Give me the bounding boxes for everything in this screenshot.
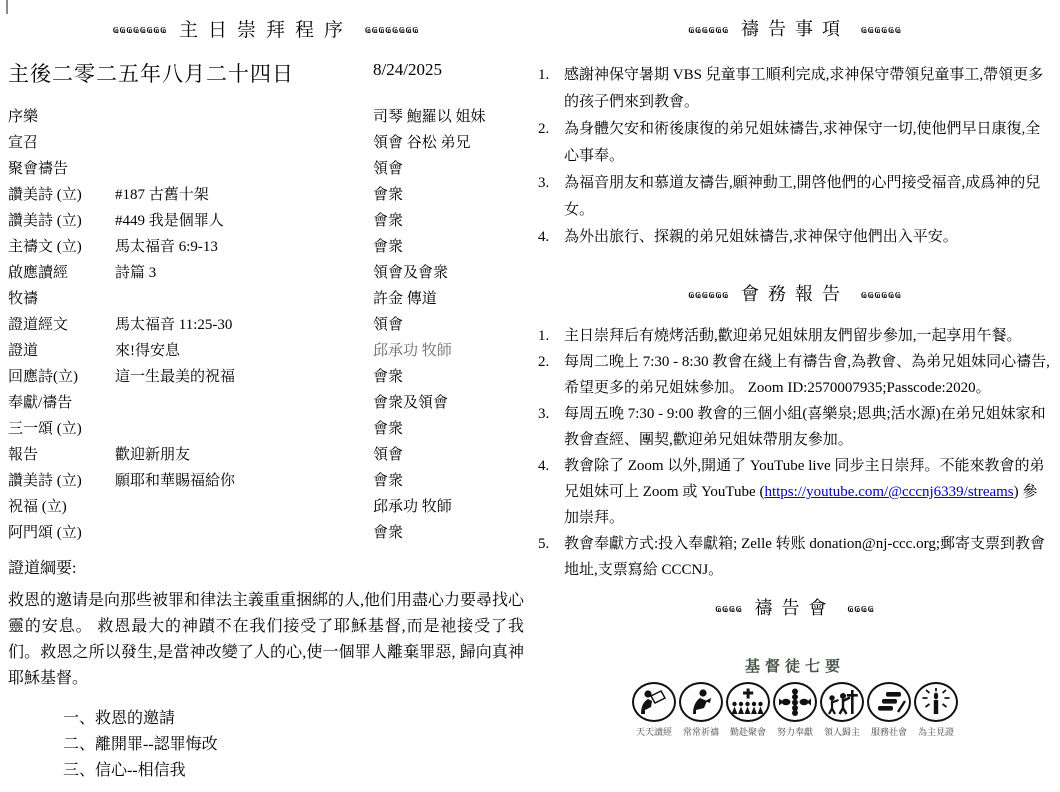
- program-row: 讚美詩 (立)#449 我是個罪人會衆: [8, 208, 524, 234]
- program-row: 祝福 (立)邱承功 牧師: [8, 494, 524, 520]
- program-who: 領會: [373, 312, 524, 338]
- program-detail: 來!得安息: [115, 338, 373, 364]
- seven-essentials-icons: 天天讀經 常常祈禱: [538, 682, 1052, 738]
- swirl-ornament-icon: ҩҩҩҩҩҩ: [861, 287, 902, 300]
- program-who: 會衆: [373, 468, 524, 494]
- sermon-summary: 救恩的邀请是向那些被罪和律法主義重重捆綁的人,他们用盡心力要尋找心靈的安息。 救…: [8, 588, 524, 692]
- worship-order-title: 主日崇拜程序: [179, 15, 353, 42]
- program-item: 主禱文 (立): [8, 234, 115, 260]
- program-item: 讚美詩 (立): [8, 208, 115, 234]
- list-item: 1.感謝神保守暑期 VBS 兒童事工順利完成,求神保守帶領兒童事工,帶領更多的孩…: [538, 62, 1052, 116]
- program-item: 啟應讀經: [8, 260, 115, 286]
- program-detail: [115, 390, 373, 416]
- program-item: 阿門頌 (立): [8, 520, 115, 546]
- program-detail: 詩篇 3: [115, 260, 373, 286]
- program-who: 會衆: [373, 208, 524, 234]
- sermon-outline-points: 一、救恩的邀請二、離開罪--認罪悔改三、信心--相信我: [63, 706, 524, 784]
- program-row: 序樂司琴 鮑羅以 姐妹: [8, 104, 524, 130]
- essential-item: 努力奉獻: [773, 682, 818, 738]
- page-margin-mark: [6, 0, 8, 14]
- soul-winning-icon: [820, 682, 864, 722]
- program-who: 領會及會衆: [373, 260, 524, 286]
- essential-item: 常常祈禱: [679, 682, 724, 738]
- program-who: 領會: [373, 442, 524, 468]
- prayer-items-header: ҩҩҩҩҩҩ 禱告事項 ҩҩҩҩҩҩ: [538, 16, 1052, 40]
- program-item: 奉獻/禱告: [8, 390, 115, 416]
- program-item: 牧禱: [8, 286, 115, 312]
- item-number: 2.: [538, 349, 564, 401]
- swirl-ornament-icon: ҩҩҩҩҩҩ: [688, 287, 729, 300]
- item-text: 主日崇拜后有燒烤活動,歡迎弟兄姐妹朋友們留步參加,一起享用午餐。: [564, 323, 1052, 349]
- program-detail: 歡迎新朋友: [115, 442, 373, 468]
- program-item: 聚會禱告: [8, 156, 115, 182]
- program-who: 會衆: [373, 234, 524, 260]
- worship-order-header: ҩҩҩҩҩҩҩҩ 主日崇拜程序 ҩҩҩҩҩҩҩҩ: [8, 16, 524, 40]
- outline-point: 二、離開罪--認罪悔改: [63, 732, 524, 758]
- essential-label: 天天讀經: [636, 725, 672, 738]
- program-who: 會衆: [373, 182, 524, 208]
- program-who: 領會 谷松 弟兄: [373, 130, 524, 156]
- program-row: 聚會禱告領會: [8, 156, 524, 182]
- program-detail: [115, 130, 373, 156]
- item-text: 感謝神保守暑期 VBS 兒童事工順利完成,求神保守帶領兒童事工,帶領更多的孩子們…: [564, 62, 1052, 116]
- program-who: 司琴 鮑羅以 姐妹: [373, 104, 524, 130]
- item-number: 1.: [538, 323, 564, 349]
- program-item: 回應詩(立): [8, 364, 115, 390]
- list-item: 2.每周二晚上 7:30 - 8:30 教會在綫上有禱告會,為教會、為弟兄姐妹同…: [538, 349, 1052, 401]
- program-item: 讚美詩 (立): [8, 468, 115, 494]
- church-affairs-header: ҩҩҩҩҩҩ 會務報告 ҩҩҩҩҩҩ: [538, 281, 1052, 305]
- program-detail: [115, 416, 373, 442]
- item-number: 4.: [538, 224, 564, 251]
- program-row: 證道來!得安息邱承功 牧師: [8, 338, 524, 364]
- program-item: 報告: [8, 442, 115, 468]
- essential-label: 服務社會: [871, 725, 907, 738]
- program-item: 證道: [8, 338, 115, 364]
- program-row: 讚美詩 (立)願耶和華賜福給你會衆: [8, 468, 524, 494]
- church-affairs-list: 1.主日崇拜后有燒烤活動,歡迎弟兄姐妹朋友們留步參加,一起享用午餐。2.每周二晚…: [538, 323, 1052, 583]
- witness-candle-icon: [914, 682, 958, 722]
- item-number: 3.: [538, 170, 564, 224]
- item-text: 教會奉獻方式:投入奉獻箱; Zelle 转账 donation@nj-ccc.o…: [564, 531, 1052, 583]
- prayer-meeting-title: 禱告會: [755, 594, 836, 620]
- program-row: 證道經文馬太福音 11:25-30領會: [8, 312, 524, 338]
- item-number: 4.: [538, 453, 564, 531]
- essential-label: 勤赴聚會: [730, 725, 766, 738]
- date-row: 主後二零二五年八月二十四日 8/24/2025: [8, 58, 524, 88]
- list-item: 4.教會除了 Zoom 以外,開通了 YouTube live 同步主日崇拜。不…: [538, 453, 1052, 531]
- item-text: 為福音朋友和慕道友禱告,願神動工,開啓他們的心門接受福音,成爲神的兒女。: [564, 170, 1052, 224]
- program-detail: 願耶和華賜福給你: [115, 468, 373, 494]
- serving-society-icon: [867, 682, 911, 722]
- item-text: 為身體欠安和術後康復的弟兄姐妹禱告,求神保守一切,使他們早日康復,全心事奉。: [564, 116, 1052, 170]
- item-text: 每周五晚 7:30 - 9:00 教會的三個小組(喜樂泉;恩典;活水源)在弟兄姐…: [564, 401, 1052, 453]
- item-number: 5.: [538, 531, 564, 583]
- essential-label: 為主見證: [918, 725, 954, 738]
- program-detail: [115, 494, 373, 520]
- outline-point: 三、信心--相信我: [63, 758, 524, 784]
- essential-item: 勤赴聚會: [726, 682, 771, 738]
- church-gathering-icon: [726, 682, 770, 722]
- list-item: 3.為福音朋友和慕道友禱告,願神動工,開啓他們的心門接受福音,成爲神的兒女。: [538, 170, 1052, 224]
- list-item: 3.每周五晚 7:30 - 9:00 教會的三個小組(喜樂泉;恩典;活水源)在弟…: [538, 401, 1052, 453]
- program-who: 會衆及領會: [373, 390, 524, 416]
- essential-label: 領人歸主: [824, 725, 860, 738]
- program-detail: 馬太福音 6:9-13: [115, 234, 373, 260]
- item-number: 3.: [538, 401, 564, 453]
- prayer-items-list: 1.感謝神保守暑期 VBS 兒童事工順利完成,求神保守帶領兒童事工,帶領更多的孩…: [538, 62, 1052, 251]
- essential-label: 常常祈禱: [683, 725, 719, 738]
- program-item: 三一頌 (立): [8, 416, 115, 442]
- worship-order-column: ҩҩҩҩҩҩҩҩ 主日崇拜程序 ҩҩҩҩҩҩҩҩ 主後二零二五年八月二十四日 8…: [8, 16, 524, 784]
- program-row: 讚美詩 (立)#187 古舊十架會衆: [8, 182, 524, 208]
- program-row: 宣召領會 谷松 弟兄: [8, 130, 524, 156]
- seven-essentials-title: 基督徒七要: [538, 655, 1052, 676]
- program-row: 主禱文 (立)馬太福音 6:9-13會衆: [8, 234, 524, 260]
- program-detail: [115, 520, 373, 546]
- prayer-meeting-header: ҩҩҩҩ 禱告會 ҩҩҩҩ: [538, 595, 1052, 619]
- program-item: 讚美詩 (立): [8, 182, 115, 208]
- item-text: 為外出旅行、探親的弟兄姐妹禱告,求神保守他們出入平安。: [564, 224, 1052, 251]
- list-item: 2.為身體欠安和術後康復的弟兄姐妹禱告,求神保守一切,使他們早日康復,全心事奉。: [538, 116, 1052, 170]
- date-chinese: 主後二零二五年八月二十四日: [8, 62, 294, 86]
- essential-item: 為主見證: [914, 682, 959, 738]
- essential-item: 天天讀經: [632, 682, 677, 738]
- program-who: 邱承功 牧師: [373, 494, 524, 520]
- list-item: 4.為外出旅行、探親的弟兄姐妹禱告,求神保守他們出入平安。: [538, 224, 1052, 251]
- program-detail: 這一生最美的祝福: [115, 364, 373, 390]
- item-text: 每周二晚上 7:30 - 8:30 教會在綫上有禱告會,為教會、為弟兄姐妹同心禱…: [564, 349, 1052, 401]
- program-detail: #187 古舊十架: [115, 182, 373, 208]
- program-table: 序樂司琴 鮑羅以 姐妹宣召領會 谷松 弟兄聚會禱告領會讚美詩 (立)#187 古…: [8, 104, 524, 546]
- church-affairs-title: 會務報告: [741, 280, 849, 306]
- swirl-ornament-icon: ҩҩҩҩҩҩ: [861, 22, 902, 35]
- prayer-items-title: 禱告事項: [741, 15, 849, 41]
- list-item: 5.教會奉獻方式:投入奉獻箱; Zelle 转账 donation@nj-ccc…: [538, 531, 1052, 583]
- program-detail: [115, 156, 373, 182]
- swirl-ornament-icon: ҩҩҩҩҩҩ: [688, 22, 729, 35]
- program-detail: 馬太福音 11:25-30: [115, 312, 373, 338]
- date-numeric: 8/24/2025: [373, 60, 442, 80]
- program-row: 三一頌 (立)會衆: [8, 416, 524, 442]
- program-row: 牧禱許金 傳道: [8, 286, 524, 312]
- program-detail: #449 我是個罪人: [115, 208, 373, 234]
- youtube-live-link[interactable]: https://youtube.com/@cccnj6339/streams: [764, 484, 1013, 500]
- outline-point: 一、救恩的邀請: [63, 706, 524, 732]
- bible-reading-icon: [632, 682, 676, 722]
- program-who: 會衆: [373, 364, 524, 390]
- essential-item: 服務社會: [867, 682, 912, 738]
- program-item: 祝福 (立): [8, 494, 115, 520]
- program-who: 會衆: [373, 520, 524, 546]
- program-detail: [115, 104, 373, 130]
- program-who: 會衆: [373, 416, 524, 442]
- essential-label: 努力奉獻: [777, 725, 813, 738]
- program-who: 邱承功 牧師: [373, 338, 524, 364]
- list-item: 1.主日崇拜后有燒烤活動,歡迎弟兄姐妹朋友們留步參加,一起享用午餐。: [538, 323, 1052, 349]
- swirl-ornament-icon: ҩҩҩҩ: [848, 601, 875, 614]
- sermon-outline-heading: 證道綱要:: [8, 558, 524, 580]
- seven-essentials-logo: 基督徒七要 天天讀經: [538, 655, 1052, 738]
- item-text: 教會除了 Zoom 以外,開通了 YouTube live 同步主日崇拜。不能來…: [564, 453, 1052, 531]
- item-number: 2.: [538, 116, 564, 170]
- program-row: 阿門頌 (立)會衆: [8, 520, 524, 546]
- swirl-ornament-icon: ҩҩҩҩҩҩҩҩ: [113, 22, 167, 35]
- bulletin-page: ҩҩҩҩҩҩҩҩ 主日崇拜程序 ҩҩҩҩҩҩҩҩ 主後二零二五年八月二十四日 8…: [0, 0, 1060, 792]
- swirl-ornament-icon: ҩҩҩҩ: [715, 601, 742, 614]
- program-item: 宣召: [8, 130, 115, 156]
- swirl-ornament-icon: ҩҩҩҩҩҩҩҩ: [365, 22, 419, 35]
- program-row: 啟應讀經詩篇 3領會及會衆: [8, 260, 524, 286]
- announcements-column: ҩҩҩҩҩҩ 禱告事項 ҩҩҩҩҩҩ 1.感謝神保守暑期 VBS 兒童事工順利完…: [538, 16, 1052, 738]
- item-number: 1.: [538, 62, 564, 116]
- offering-icon: [773, 682, 817, 722]
- program-who: 許金 傳道: [373, 286, 524, 312]
- program-item: 序樂: [8, 104, 115, 130]
- program-row: 報告歡迎新朋友領會: [8, 442, 524, 468]
- program-item: 證道經文: [8, 312, 115, 338]
- program-row: 回應詩(立)這一生最美的祝福會衆: [8, 364, 524, 390]
- praying-icon: [679, 682, 723, 722]
- essential-item: 領人歸主: [820, 682, 865, 738]
- program-detail: [115, 286, 373, 312]
- program-who: 領會: [373, 156, 524, 182]
- program-row: 奉獻/禱告會衆及領會: [8, 390, 524, 416]
